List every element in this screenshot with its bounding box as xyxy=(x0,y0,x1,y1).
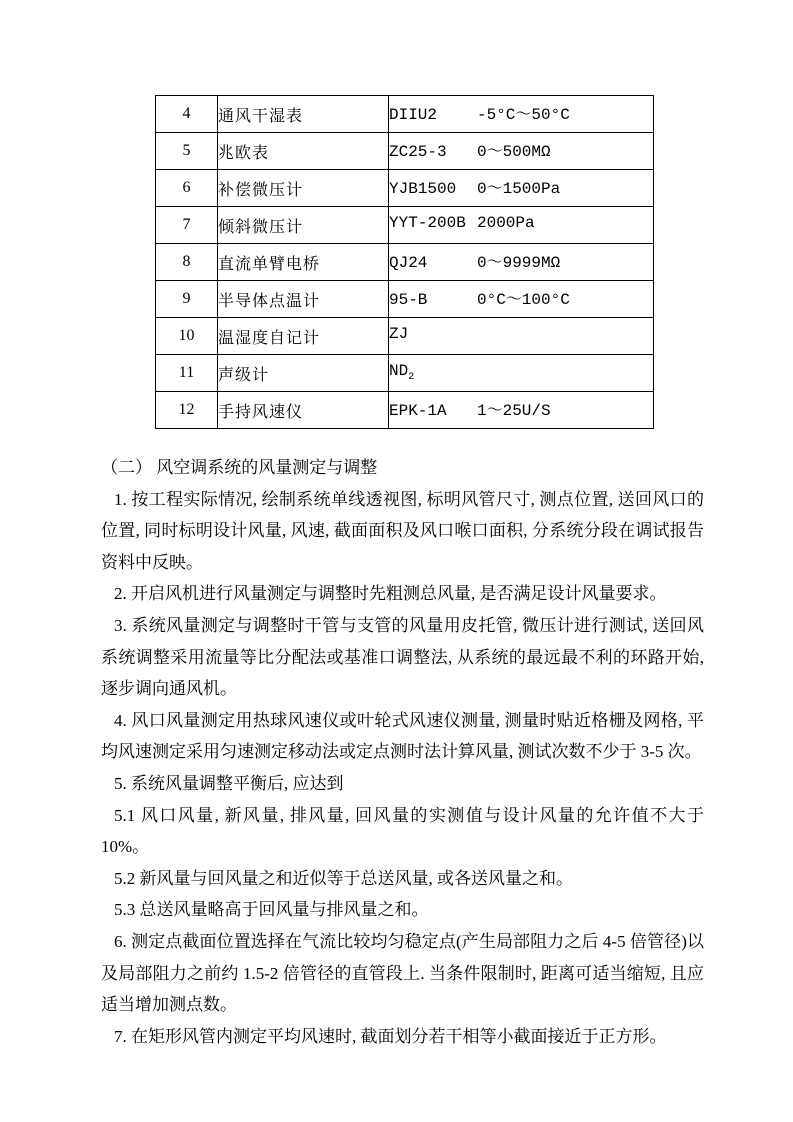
instrument-name-cell: 补偿微压计 xyxy=(218,170,389,207)
row-number-cell: 10 xyxy=(156,318,218,355)
model-text: DIIU2 xyxy=(389,106,477,127)
row-number-cell: 4 xyxy=(156,96,218,133)
instrument-spec-cell: ND2 xyxy=(389,355,654,392)
paragraph-5-2: 5.2 新风量与回风量之和近似等于总送风量, 或各送风量之和。 xyxy=(101,863,704,895)
instrument-name-cell: 温湿度自记计 xyxy=(218,318,389,355)
instrument-spec-cell: ZJ xyxy=(389,318,654,355)
model-text: QJ24 xyxy=(389,254,477,275)
model-subscript: 2 xyxy=(408,373,414,384)
paragraph-6: 6. 测定点截面位置选择在气流比较均匀稳定点(产生局部阻力之后 4-5 倍管径)… xyxy=(101,926,704,1021)
document-page: 4 通风干湿表 DIIU2-5°C～50°C 5 兆欧表 ZC25-30～500… xyxy=(0,0,793,1122)
row-number-cell: 5 xyxy=(156,133,218,170)
row-number-cell: 7 xyxy=(156,207,218,244)
instrument-name-cell: 直流单臂电桥 xyxy=(218,244,389,281)
range-text: 0～500MΩ xyxy=(477,138,551,161)
model-text: 95-B xyxy=(389,291,477,312)
paragraph-5-1: 5.1 风口风量, 新风量, 排风量, 回风量的实测值与设计风量的允许值不大于 … xyxy=(101,800,704,863)
table-row: 7 倾斜微压计 YYT-200B2000Pa xyxy=(156,207,654,244)
range-text: -5°C～50°C xyxy=(477,101,570,124)
instrument-name-cell: 通风干湿表 xyxy=(218,96,389,133)
instrument-spec-cell: DIIU2-5°C～50°C xyxy=(389,96,654,133)
model-text: YYT-200B xyxy=(389,214,477,235)
row-number-cell: 9 xyxy=(156,281,218,318)
table-row: 10 温湿度自记计 ZJ xyxy=(156,318,654,355)
row-number-cell: 6 xyxy=(156,170,218,207)
instrument-spec-cell: YJB15000～1500Pa xyxy=(389,170,654,207)
range-text: 0～1500Pa xyxy=(477,175,560,198)
table-row: 8 直流单臂电桥 QJ240～9999MΩ xyxy=(156,244,654,281)
model-text: ZJ xyxy=(389,325,477,346)
instrument-spec-cell: YYT-200B2000Pa xyxy=(389,207,654,244)
instrument-table: 4 通风干湿表 DIIU2-5°C～50°C 5 兆欧表 ZC25-30～500… xyxy=(155,95,654,429)
instrument-name-cell: 半导体点温计 xyxy=(218,281,389,318)
row-number-cell: 11 xyxy=(156,355,218,392)
range-text: 1～25U/S xyxy=(477,397,551,420)
range-text: 0～9999MΩ xyxy=(477,249,560,272)
table-row: 9 半导体点温计 95-B0°C～100°C xyxy=(156,281,654,318)
paragraph-7: 7. 在矩形风管内测定平均风速时, 截面划分若干相等小截面接近于正方形。 xyxy=(101,1021,704,1053)
model-text: YJB1500 xyxy=(389,180,477,201)
instrument-name-cell: 兆欧表 xyxy=(218,133,389,170)
instrument-spec-cell: QJ240～9999MΩ xyxy=(389,244,654,281)
section-air-volume-measurement: （二） 风空调系统的风量测定与调整 1. 按工程实际情况, 绘制系统单线透视图,… xyxy=(101,452,704,1052)
range-text: 0°C～100°C xyxy=(477,286,570,309)
table-row: 6 补偿微压计 YJB15000～1500Pa xyxy=(156,170,654,207)
section-heading: （二） 风空调系统的风量测定与调整 xyxy=(101,452,704,484)
instrument-spec-cell: 95-B0°C～100°C xyxy=(389,281,654,318)
model-text: ND2 xyxy=(389,362,477,383)
instrument-name-cell: 倾斜微压计 xyxy=(218,207,389,244)
range-text: 2000Pa xyxy=(477,214,535,232)
table-row: 4 通风干湿表 DIIU2-5°C～50°C xyxy=(156,96,654,133)
model-text: ZC25-3 xyxy=(389,143,477,164)
paragraph-5-3: 5.3 总送风量略高于回风量与排风量之和。 xyxy=(101,894,704,926)
table-row: 11 声级计 ND2 xyxy=(156,355,654,392)
row-number-cell: 12 xyxy=(156,392,218,429)
table-row: 5 兆欧表 ZC25-30～500MΩ xyxy=(156,133,654,170)
instrument-name-cell: 声级计 xyxy=(218,355,389,392)
paragraph-4: 4. 风口风量测定用热球风速仪或叶轮式风速仪测量, 测量时贴近格栅及网格, 平均… xyxy=(101,705,704,768)
instrument-spec-cell: EPK-1A1～25U/S xyxy=(389,392,654,429)
table-row: 12 手持风速仪 EPK-1A1～25U/S xyxy=(156,392,654,429)
paragraph-1: 1. 按工程实际情况, 绘制系统单线透视图, 标明风管尺寸, 测点位置, 送回风… xyxy=(101,484,704,579)
paragraph-5: 5. 系统风量调整平衡后, 应达到 xyxy=(101,768,704,800)
paragraph-2: 2. 开启风机进行风量测定与调整时先粗测总风量, 是否满足设计风量要求。 xyxy=(101,578,704,610)
instrument-name-cell: 手持风速仪 xyxy=(218,392,389,429)
model-text: EPK-1A xyxy=(389,402,477,423)
instrument-spec-cell: ZC25-30～500MΩ xyxy=(389,133,654,170)
row-number-cell: 8 xyxy=(156,244,218,281)
paragraph-3: 3. 系统风量测定与调整时干管与支管的风量用皮托管, 微压计进行测试, 送回风系… xyxy=(101,610,704,705)
